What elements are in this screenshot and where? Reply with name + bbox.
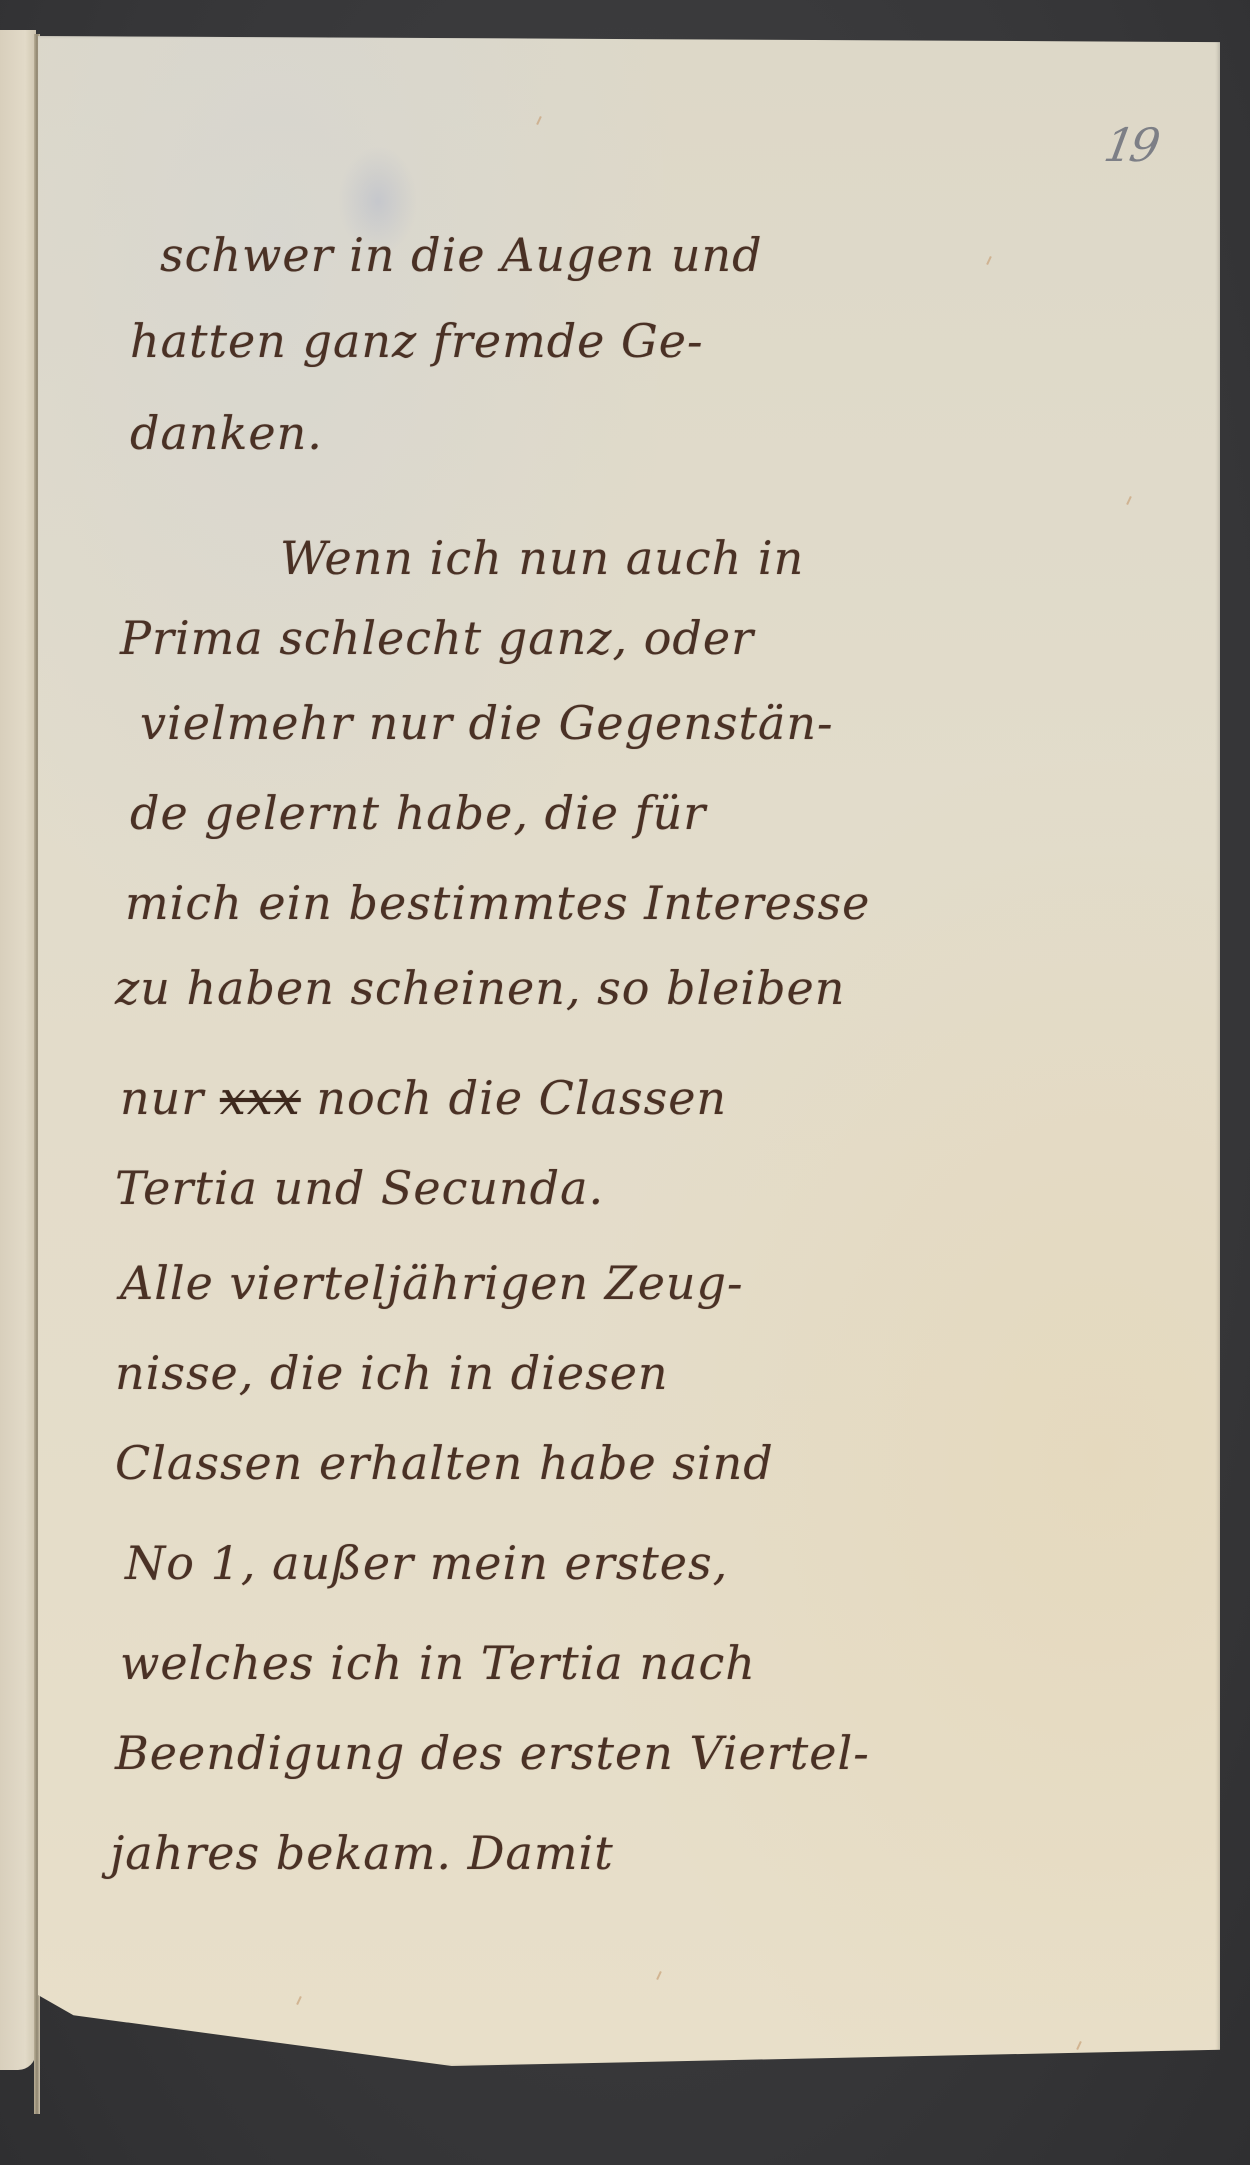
paper-speck (1126, 496, 1132, 505)
facing-page-edge (0, 30, 36, 2070)
folio-number: 19 (1100, 118, 1160, 172)
text-fragment: nur (120, 1071, 220, 1125)
text-fragment: noch die Classen (301, 1071, 727, 1125)
text-line: Alle vierteljährigen Zeug- (120, 1260, 744, 1306)
text-line: de gelernt habe, die für (130, 790, 706, 836)
paper-speck (536, 116, 542, 125)
paper-speck (296, 1996, 302, 2005)
text-line: danken. (130, 410, 323, 456)
text-line: hatten ganz fremde Ge- (130, 318, 704, 364)
text-line: Classen erhalten habe sind (115, 1440, 774, 1486)
text-line: Tertia und Secunda. (115, 1165, 604, 1211)
paper-speck (656, 1971, 662, 1980)
paper-speck (986, 256, 992, 265)
text-line: Prima schlecht ganz, oder (120, 615, 754, 661)
struck-out-word: xxx (220, 1071, 301, 1125)
text-line: Beendigung des ersten Viertel- (115, 1730, 870, 1776)
text-line: No 1, außer mein erstes, (125, 1540, 728, 1586)
text-line: nur xxx noch die Classen (120, 1075, 727, 1121)
text-line: vielmehr nur die Gegenstän- (140, 700, 834, 746)
text-line: nisse, die ich in diesen (115, 1350, 669, 1396)
text-line: jahres bekam. Damit (110, 1830, 614, 1876)
text-line: welches ich in Tertia nach (120, 1640, 756, 1686)
text-line: zu haben scheinen, so bleiben (115, 965, 845, 1011)
paper-speck (1076, 2041, 1082, 2050)
text-line: schwer in die Augen und (160, 232, 763, 278)
text-line: Wenn ich nun auch in (280, 535, 804, 581)
text-line: mich ein bestimmtes Interesse (125, 880, 870, 926)
